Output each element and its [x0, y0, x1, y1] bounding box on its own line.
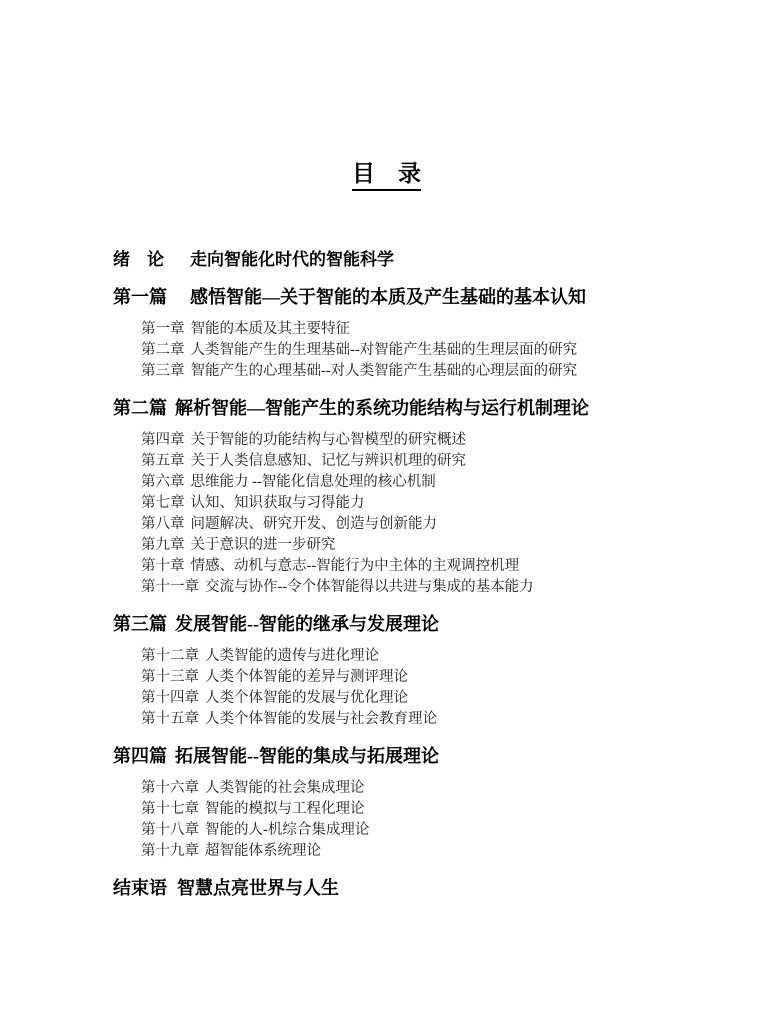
chapter-title: 人类智能的社会集成理论: [205, 778, 365, 799]
toc-page: 目 录 绪 论 走向智能化时代的智能科学 第一篇感悟智能—关于智能的本质及产生基…: [0, 0, 773, 1024]
chapter-entry: 第十五章人类个体智能的发展与社会教育理论: [141, 709, 773, 730]
chapter-title: 智能产生的心理基础--对人类智能产生基础的心理层面的研究: [191, 361, 578, 382]
section-title: 感悟智能—关于智能的本质及产生基础的基本认知: [190, 285, 586, 310]
chapter-entry: 第十四章人类个体智能的发展与优化理论: [141, 688, 773, 709]
toc-section: 第三篇发展智能--智能的继承与发展理论第十二章人类智能的遗传与进化理论第十三章人…: [0, 612, 773, 730]
section-heading: 第三篇发展智能--智能的继承与发展理论: [113, 612, 773, 637]
toc-closing-title: 智慧点亮世界与人生: [177, 876, 339, 901]
chapter-entry: 第四章关于智能的功能结构与心智模型的研究概述: [141, 430, 773, 451]
chapter-label: 第十章: [141, 556, 185, 577]
section-title: 发展智能--智能的继承与发展理论: [175, 612, 439, 637]
chapter-title: 超智能体系统理论: [205, 841, 321, 862]
toc-section: 第一篇感悟智能—关于智能的本质及产生基础的基本认知第一章智能的本质及其主要特征第…: [0, 285, 773, 382]
chapter-label: 第五章: [141, 451, 185, 472]
section-heading: 第一篇感悟智能—关于智能的本质及产生基础的基本认知: [113, 285, 773, 310]
chapter-label: 第十二章: [141, 646, 199, 667]
chapter-entry: 第八章问题解决、研究开发、创造与创新能力: [141, 514, 773, 535]
chapter-entry: 第十九章超智能体系统理论: [141, 841, 773, 862]
toc-section: 第四篇拓展智能--智能的集成与拓展理论第十六章人类智能的社会集成理论第十七章智能…: [0, 744, 773, 862]
chapter-entry: 第九章关于意识的进一步研究: [141, 535, 773, 556]
chapter-list: 第四章关于智能的功能结构与心智模型的研究概述第五章关于人类信息感知、记忆与辨识机…: [0, 430, 773, 598]
chapter-title: 人类个体智能的发展与社会教育理论: [205, 709, 437, 730]
chapter-label: 第十四章: [141, 688, 199, 709]
section-label: 第一篇: [113, 285, 167, 310]
chapter-title: 关于智能的功能结构与心智模型的研究概述: [191, 430, 467, 451]
chapter-label: 第十九章: [141, 841, 199, 862]
chapter-title: 关于人类信息感知、记忆与辨识机理的研究: [191, 451, 467, 472]
toc-list: 绪 论 走向智能化时代的智能科学 第一篇感悟智能—关于智能的本质及产生基础的基本…: [0, 249, 773, 901]
chapter-title: 人类智能产生的生理基础--对智能产生基础的生理层面的研究: [191, 340, 578, 361]
chapter-entry: 第三章智能产生的心理基础--对人类智能产生基础的心理层面的研究: [141, 361, 773, 382]
page-title-text: 目 录: [352, 161, 421, 191]
toc-closing-label: 结束语: [113, 876, 167, 901]
chapter-label: 第一章: [141, 319, 185, 340]
chapter-entry: 第十一章交流与协作--令个体智能得以共进与集成的基本能力: [141, 577, 773, 598]
chapter-label: 第七章: [141, 493, 185, 514]
section-title: 拓展智能--智能的集成与拓展理论: [175, 744, 439, 769]
chapter-title: 智能的本质及其主要特征: [191, 319, 351, 340]
chapter-label: 第三章: [141, 361, 185, 382]
chapter-entry: 第十七章智能的模拟与工程化理论: [141, 799, 773, 820]
section-label: 第三篇: [113, 612, 167, 637]
chapter-label: 第二章: [141, 340, 185, 361]
chapter-title: 交流与协作--令个体智能得以共进与集成的基本能力: [205, 577, 534, 598]
chapter-label: 第十五章: [141, 709, 199, 730]
chapter-label: 第九章: [141, 535, 185, 556]
chapter-entry: 第十八章智能的人-机综合集成理论: [141, 820, 773, 841]
chapter-list: 第十二章人类智能的遗传与进化理论第十三章人类个体智能的差异与测评理论第十四章人类…: [0, 646, 773, 730]
chapter-label: 第十一章: [141, 577, 199, 598]
chapter-label: 第十六章: [141, 778, 199, 799]
chapter-entry: 第十章情感、动机与意志--智能行为中主体的主观调控机理: [141, 556, 773, 577]
toc-intro-label: 绪 论: [113, 249, 164, 271]
chapter-title: 思维能力 --智能化信息处理的核心机制: [191, 472, 436, 493]
section-title: 解析智能—智能产生的系统功能结构与运行机制理论: [175, 396, 589, 421]
chapter-list: 第一章智能的本质及其主要特征第二章人类智能产生的生理基础--对智能产生基础的生理…: [0, 319, 773, 382]
chapter-title: 认知、知识获取与习得能力: [191, 493, 365, 514]
page-title: 目 录: [0, 0, 773, 191]
chapter-title: 情感、动机与意志--智能行为中主体的主观调控机理: [191, 556, 520, 577]
chapter-title: 智能的人-机综合集成理论: [205, 820, 369, 841]
chapter-label: 第十三章: [141, 667, 199, 688]
chapter-entry: 第六章思维能力 --智能化信息处理的核心机制: [141, 472, 773, 493]
chapter-label: 第十八章: [141, 820, 199, 841]
chapter-label: 第八章: [141, 514, 185, 535]
chapter-label: 第六章: [141, 472, 185, 493]
section-label: 第二篇: [113, 396, 167, 421]
section-heading: 第二篇解析智能—智能产生的系统功能结构与运行机制理论: [113, 396, 773, 421]
toc-section: 第二篇解析智能—智能产生的系统功能结构与运行机制理论第四章关于智能的功能结构与心…: [0, 396, 773, 598]
chapter-entry: 第十三章人类个体智能的差异与测评理论: [141, 667, 773, 688]
chapter-label: 第十七章: [141, 799, 199, 820]
chapter-title: 关于意识的进一步研究: [191, 535, 336, 556]
section-label: 第四篇: [113, 744, 167, 769]
chapter-title: 问题解决、研究开发、创造与创新能力: [191, 514, 438, 535]
chapter-entry: 第二章人类智能产生的生理基础--对智能产生基础的生理层面的研究: [141, 340, 773, 361]
chapter-entry: 第七章认知、知识获取与习得能力: [141, 493, 773, 514]
chapter-entry: 第五章关于人类信息感知、记忆与辨识机理的研究: [141, 451, 773, 472]
chapter-title: 智能的模拟与工程化理论: [205, 799, 365, 820]
section-heading: 第四篇拓展智能--智能的集成与拓展理论: [113, 744, 773, 769]
toc-intro-title: 走向智能化时代的智能科学: [190, 249, 394, 271]
chapter-title: 人类个体智能的发展与优化理论: [205, 688, 408, 709]
chapter-title: 人类智能的遗传与进化理论: [205, 646, 379, 667]
chapter-entry: 第一章智能的本质及其主要特征: [141, 319, 773, 340]
chapter-entry: 第十二章人类智能的遗传与进化理论: [141, 646, 773, 667]
chapter-title: 人类个体智能的差异与测评理论: [205, 667, 408, 688]
chapter-label: 第四章: [141, 430, 185, 451]
chapter-list: 第十六章人类智能的社会集成理论第十七章智能的模拟与工程化理论第十八章智能的人-机…: [0, 778, 773, 862]
toc-closing-line: 结束语 智慧点亮世界与人生: [113, 876, 773, 901]
chapter-entry: 第十六章人类智能的社会集成理论: [141, 778, 773, 799]
toc-sections: 第一篇感悟智能—关于智能的本质及产生基础的基本认知第一章智能的本质及其主要特征第…: [0, 285, 773, 862]
toc-intro-line: 绪 论 走向智能化时代的智能科学: [113, 249, 773, 271]
